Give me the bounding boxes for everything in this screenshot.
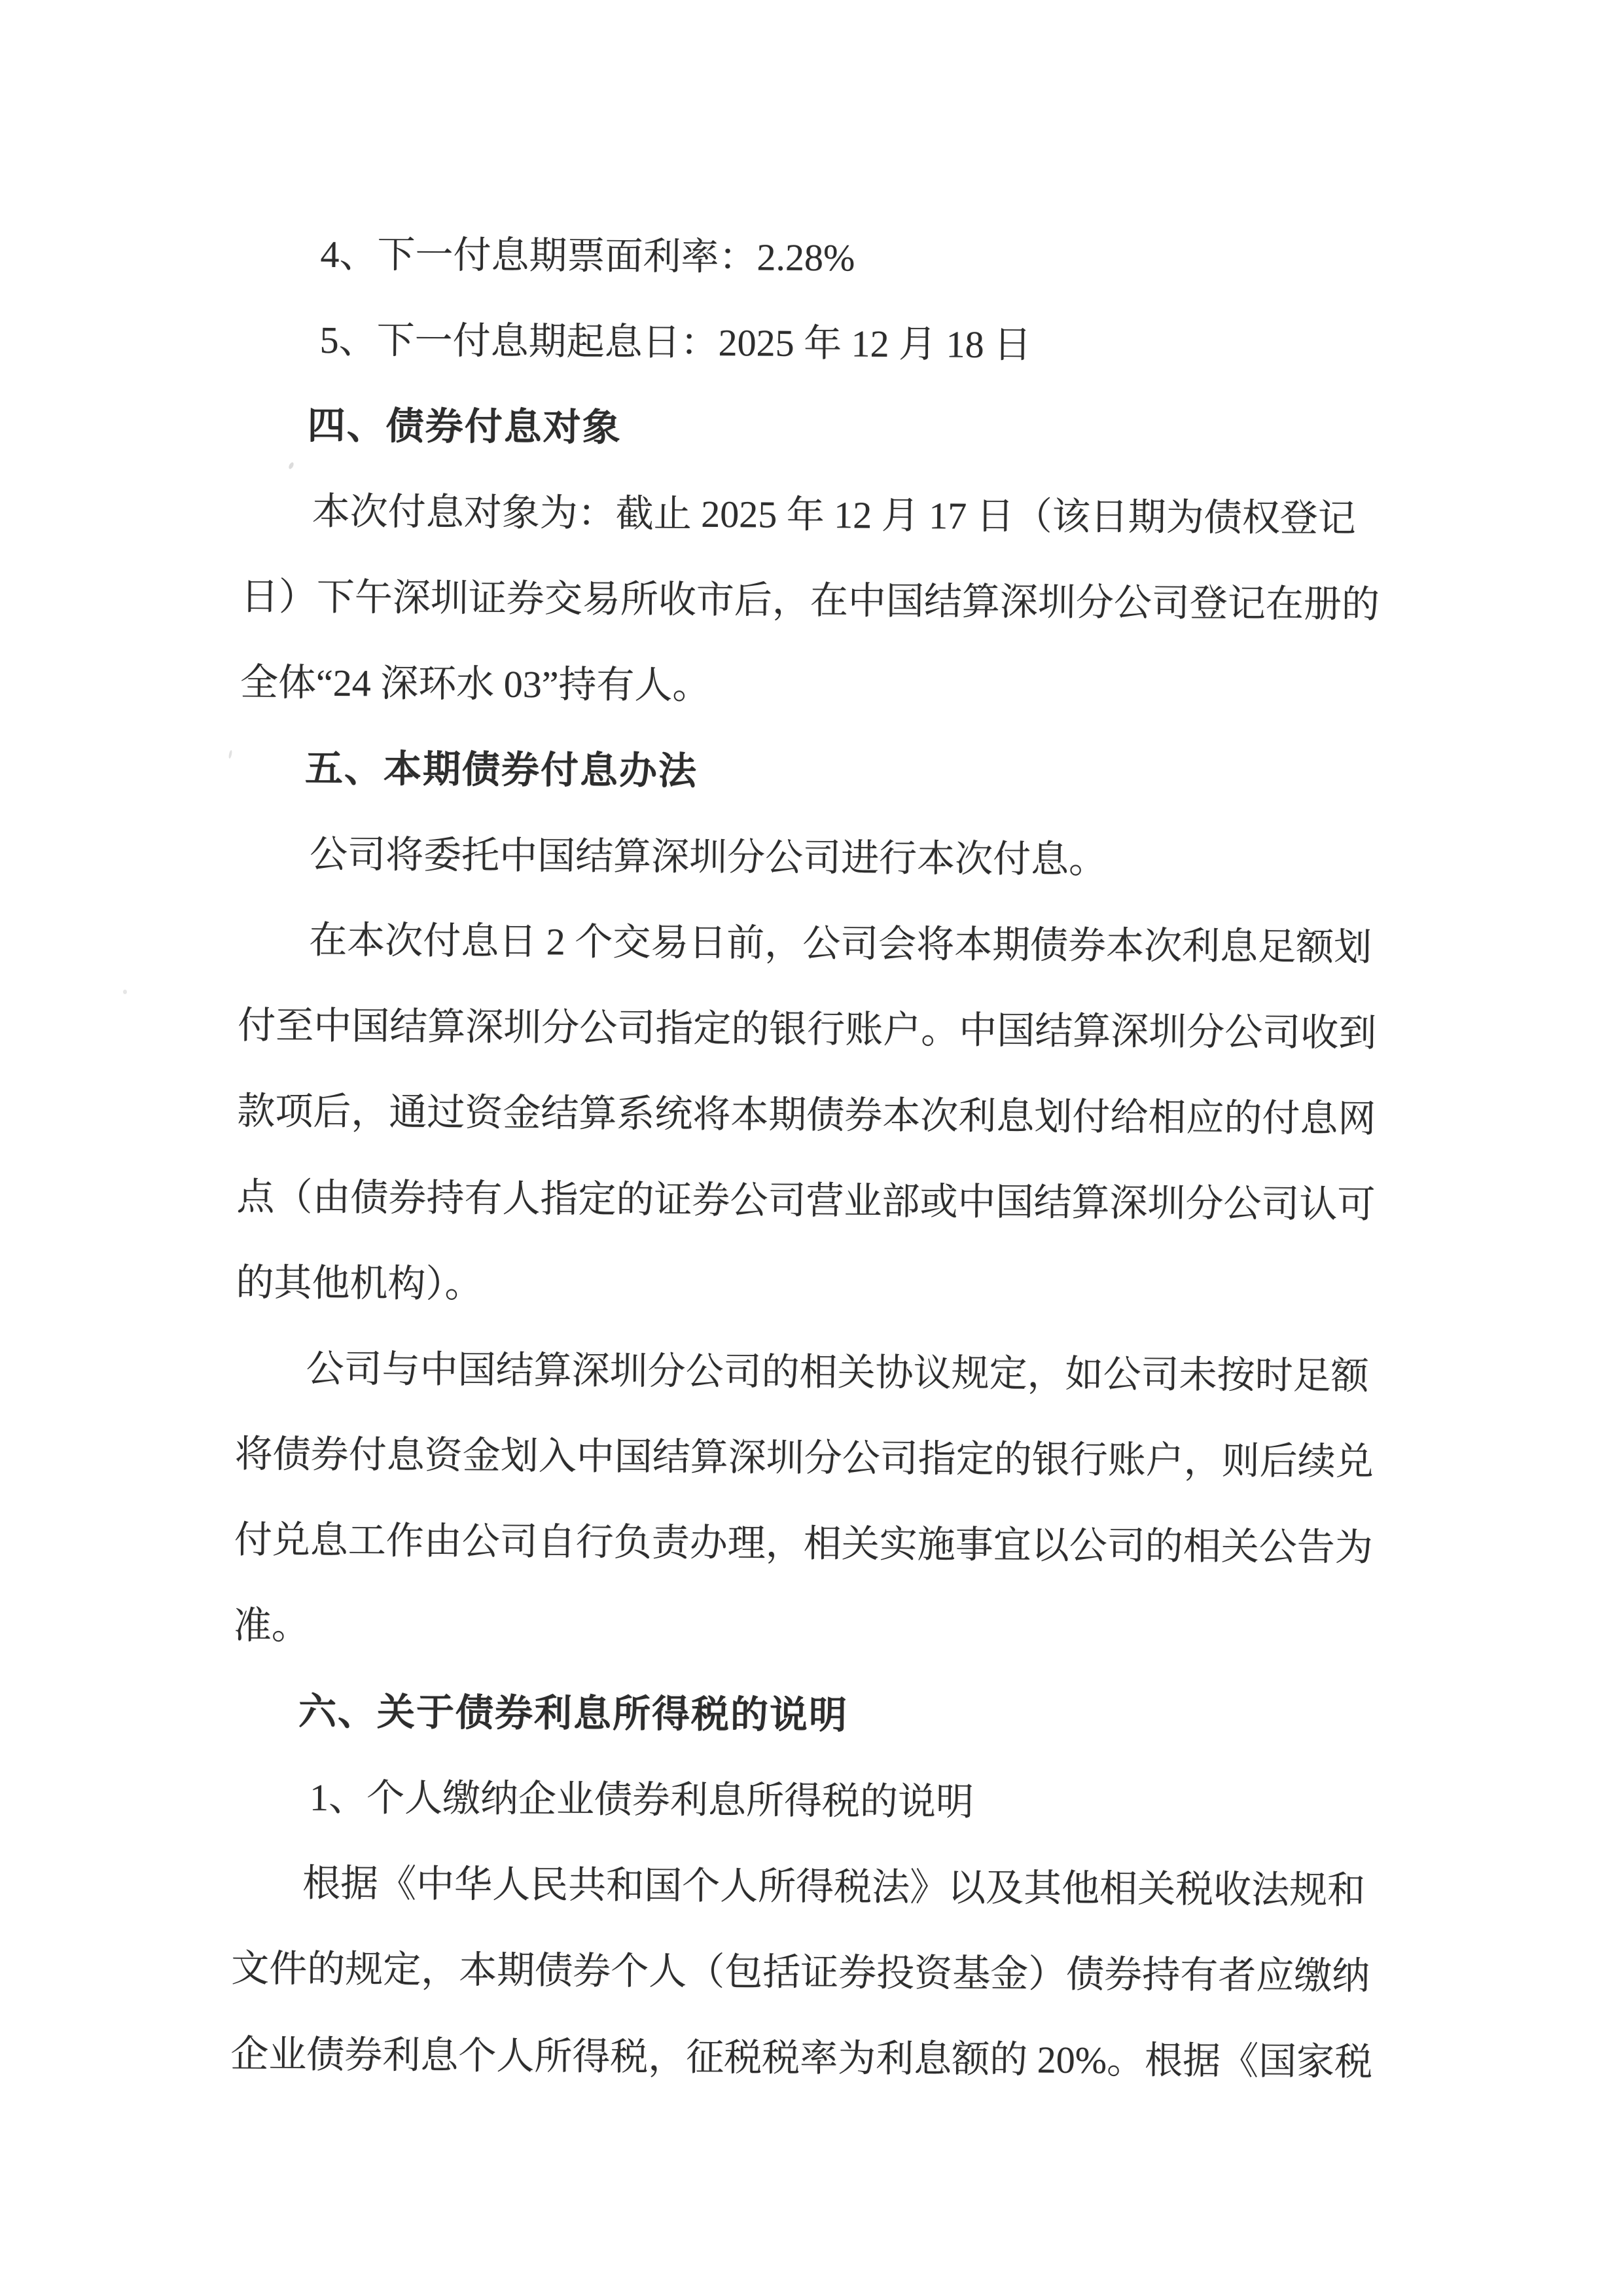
heading-section-6-interest-tax: 六、关于债券利息所得税的说明 bbox=[233, 1668, 1385, 1762]
scan-artifact-speck bbox=[123, 990, 127, 994]
heading-section-5-payment-method: 五、本期债券付息办法 bbox=[240, 725, 1392, 819]
para-transfer-line-1: 在本次付息日 2 个交易日前，公司会将本期债券本次利息足额划 bbox=[238, 897, 1391, 990]
para-transfer-line-4: 点（由债券持有人指定的证券公司营业部或中国结算深圳分公司认可 bbox=[236, 1154, 1389, 1247]
para-tax-line-2: 文件的规定，本期债券个人（包括证券投资基金）债券持有者应缴纳 bbox=[231, 1926, 1383, 2019]
para-transfer-line-2: 付至中国结算深圳分公司指定的银行账户。中国结算深圳分公司收到 bbox=[238, 982, 1390, 1076]
item-next-accrual-date: 5、下一付息期起息日：2025 年 12 月 18 日 bbox=[242, 296, 1395, 390]
para-agreement-line-1: 公司与中国结算深圳分公司的相关协议规定，如公司未按时足额 bbox=[235, 1325, 1387, 1419]
para-payment-target-line-2: 日）下午深圳证券交易所收市后，在中国结算深圳分公司登记在册的 bbox=[240, 554, 1393, 647]
para-agreement-line-4: 准。 bbox=[233, 1583, 1385, 1676]
document-text-block: 4、下一付息期票面利率：2.28% 5、下一付息期起息日：2025 年 12 月… bbox=[230, 211, 1395, 2105]
item-individual-tax-note: 1、个人缴纳企业债券利息所得税的说明 bbox=[232, 1754, 1385, 1848]
para-transfer-line-3: 款项后，通过资金结算系统将本期债券本次利息划付给相应的付息网 bbox=[237, 1068, 1389, 1162]
para-transfer-line-5: 的其他机构）。 bbox=[236, 1240, 1388, 1333]
para-entrust-line-1: 公司将委托中国结算深圳分公司进行本次付息。 bbox=[239, 811, 1391, 905]
para-payment-target-line-1: 本次付息对象为：截止 2025 年 12 月 17 日（该日期为债权登记 bbox=[241, 468, 1393, 562]
para-tax-line-3: 企业债券利息个人所得税，征税税率为利息额的 20%。根据《国家税 bbox=[230, 2011, 1383, 2105]
para-payment-target-line-3: 全体“24 深环水 03”持有人。 bbox=[240, 639, 1393, 733]
para-agreement-line-3: 付兑息工作由公司自行负责办理，相关实施事宜以公司的相关公告为 bbox=[234, 1497, 1386, 1590]
heading-section-4-payment-target: 四、债券付息对象 bbox=[241, 382, 1394, 476]
para-tax-line-1: 根据《中华人民共和国个人所得税法》以及其他相关税收法规和 bbox=[232, 1840, 1384, 1933]
para-agreement-line-2: 将债券付息资金划入中国结算深圳分公司指定的银行账户，则后续兑 bbox=[234, 1411, 1387, 1505]
scan-artifact-speck bbox=[228, 750, 233, 759]
scanned-document: { "page": { "paper_color": "#ffffff", "i… bbox=[0, 0, 1623, 2296]
document-page: 4、下一付息期票面利率：2.28% 5、下一付息期起息日：2025 年 12 月… bbox=[0, 0, 1623, 2296]
item-next-coupon-rate: 4、下一付息期票面利率：2.28% bbox=[243, 211, 1395, 304]
